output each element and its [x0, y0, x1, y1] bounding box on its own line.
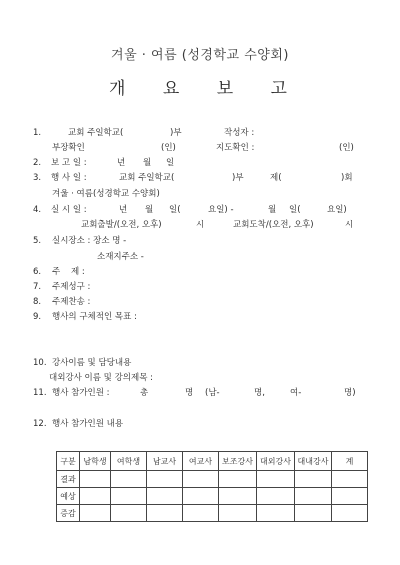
item-4-hour-1: 시	[196, 220, 204, 230]
table-row: 증감	[57, 505, 368, 522]
table-cell[interactable]	[111, 488, 147, 505]
table-header-cell: 여교사	[183, 452, 219, 471]
table-cell[interactable]	[183, 471, 219, 488]
item-3-church-label: 교회 주일학교(	[119, 173, 174, 183]
item-2-label: 보 고 일 :	[51, 158, 87, 168]
item-2-day: 일	[166, 158, 174, 168]
item-10-sub-label: 대외강사 이름 및 강의제목 :	[49, 373, 153, 383]
item-5-label: 실시장소 : 장소 명 -	[52, 236, 126, 246]
item-3-label: 행 사 일 :	[51, 173, 87, 183]
item-2-year: 년	[117, 158, 125, 168]
table-cell[interactable]	[80, 471, 111, 488]
table-cell[interactable]	[183, 505, 219, 522]
item-4-weekday-close: 요일) -	[208, 205, 234, 215]
table-cell[interactable]	[111, 505, 147, 522]
table-cell[interactable]	[257, 488, 295, 505]
item-7-label: 주제성구 :	[52, 282, 90, 292]
table-row-label: 결과	[57, 471, 80, 488]
item-12-label: 행사 참가인원 내용	[52, 419, 123, 429]
table-header-cell: 여학생	[111, 452, 147, 471]
table-cell[interactable]	[183, 488, 219, 505]
item-9-number: 9.	[33, 312, 41, 322]
table-row-label: 예상	[57, 488, 80, 505]
item-11-male: (남-	[205, 388, 220, 398]
item-11-female: 여-	[290, 388, 301, 398]
table-cell[interactable]	[219, 505, 257, 522]
table-cell[interactable]	[257, 471, 295, 488]
table-cell[interactable]	[257, 505, 295, 522]
item-6-label: 주 제 :	[52, 267, 85, 277]
item-11-total: 총	[140, 388, 148, 398]
item-1-seal-2: (인)	[339, 143, 354, 153]
item-5-address-label: 소재지주소 -	[97, 252, 144, 262]
table-cell[interactable]	[80, 488, 111, 505]
item-3-number: 3.	[33, 173, 41, 183]
table-header-cell: 보조강사	[219, 452, 257, 471]
item-4-depart-label: 교회출발/(오전, 오후)	[81, 220, 162, 230]
table-cell[interactable]	[147, 488, 183, 505]
table-header-row: 구분 남학생 여학생 남교사 여교사 보조강사 대외강사 대내강사 계	[57, 452, 368, 471]
document-title: 겨울 · 여름 (성경학교 수양회)	[0, 44, 400, 63]
table-cell[interactable]	[111, 471, 147, 488]
item-11-label: 행사 참가인원 :	[52, 388, 110, 398]
item-9-label: 행사의 구체적인 목표 :	[52, 312, 137, 322]
table-cell[interactable]	[332, 505, 368, 522]
item-3-times-label: )회	[341, 173, 353, 183]
item-4-hour-2: 시	[345, 220, 353, 230]
item-1-seal-1: (인)	[161, 143, 176, 153]
item-8-number: 8.	[33, 297, 41, 307]
item-6-number: 6.	[33, 267, 41, 277]
item-1-number: 1.	[33, 128, 41, 138]
item-11-people-3: 명)	[344, 388, 356, 398]
table-header-cell: 계	[332, 452, 368, 471]
table-cell[interactable]	[295, 505, 332, 522]
item-4-weekday-close-2: 요일)	[327, 205, 347, 215]
item-11-people-1: 명	[185, 388, 193, 398]
table-cell[interactable]	[147, 505, 183, 522]
item-1-dept-head-label: 부장확인	[52, 143, 85, 153]
table-header-cell: 남교사	[147, 452, 183, 471]
table-row: 결과	[57, 471, 368, 488]
table-cell[interactable]	[295, 488, 332, 505]
item-4-arrive-label: 교회도착/(오전, 오후)	[233, 220, 314, 230]
table-cell[interactable]	[147, 471, 183, 488]
item-8-label: 주제찬송 :	[52, 297, 90, 307]
item-12-number: 12.	[33, 419, 47, 429]
item-10-label: 강사이름 및 담당내용	[52, 358, 131, 368]
table-cell[interactable]	[295, 471, 332, 488]
item-10-number: 10.	[33, 358, 47, 368]
item-2-month: 월	[143, 158, 151, 168]
item-1-church-label: 교회 주일학교(	[68, 128, 123, 138]
item-4-year: 년	[119, 205, 127, 215]
table-header-cell: 대외강사	[257, 452, 295, 471]
item-2-number: 2.	[33, 158, 41, 168]
item-7-number: 7.	[33, 282, 41, 292]
item-11-number: 11.	[33, 388, 47, 398]
table-cell[interactable]	[332, 471, 368, 488]
table-header-cell: 남학생	[80, 452, 111, 471]
item-3-event: 겨울 · 여름(성경학교 수양회)	[52, 189, 160, 199]
table-cell[interactable]	[219, 471, 257, 488]
item-4-label: 실 시 일 :	[51, 205, 87, 215]
table-row-label: 증감	[57, 505, 80, 522]
item-1-advisor-label: 지도확인 :	[216, 143, 254, 153]
table-header-cell: 대내강사	[295, 452, 332, 471]
item-4-day-open-2: 일(	[289, 205, 301, 215]
table-row: 예상	[57, 488, 368, 505]
item-11-people-2: 명,	[254, 388, 265, 398]
item-4-month-2: 월	[268, 205, 276, 215]
document-heading: 개 요 보 고	[0, 74, 400, 99]
item-4-day-open: 일(	[169, 205, 181, 215]
item-4-month: 월	[145, 205, 153, 215]
item-5-number: 5.	[33, 236, 41, 246]
participant-table: 구분 남학생 여학생 남교사 여교사 보조강사 대외강사 대내강사 계 결과 예…	[56, 451, 368, 522]
table-header-cell: 구분	[57, 452, 80, 471]
item-3-nth-label: 제(	[270, 173, 282, 183]
item-1-author-label: 작성자 :	[224, 128, 254, 138]
table-cell[interactable]	[80, 505, 111, 522]
item-1-dept-label: )부	[170, 128, 182, 138]
table-cell[interactable]	[332, 488, 368, 505]
item-4-number: 4.	[33, 205, 41, 215]
item-3-dept-label: )부	[232, 173, 244, 183]
table-cell[interactable]	[219, 488, 257, 505]
